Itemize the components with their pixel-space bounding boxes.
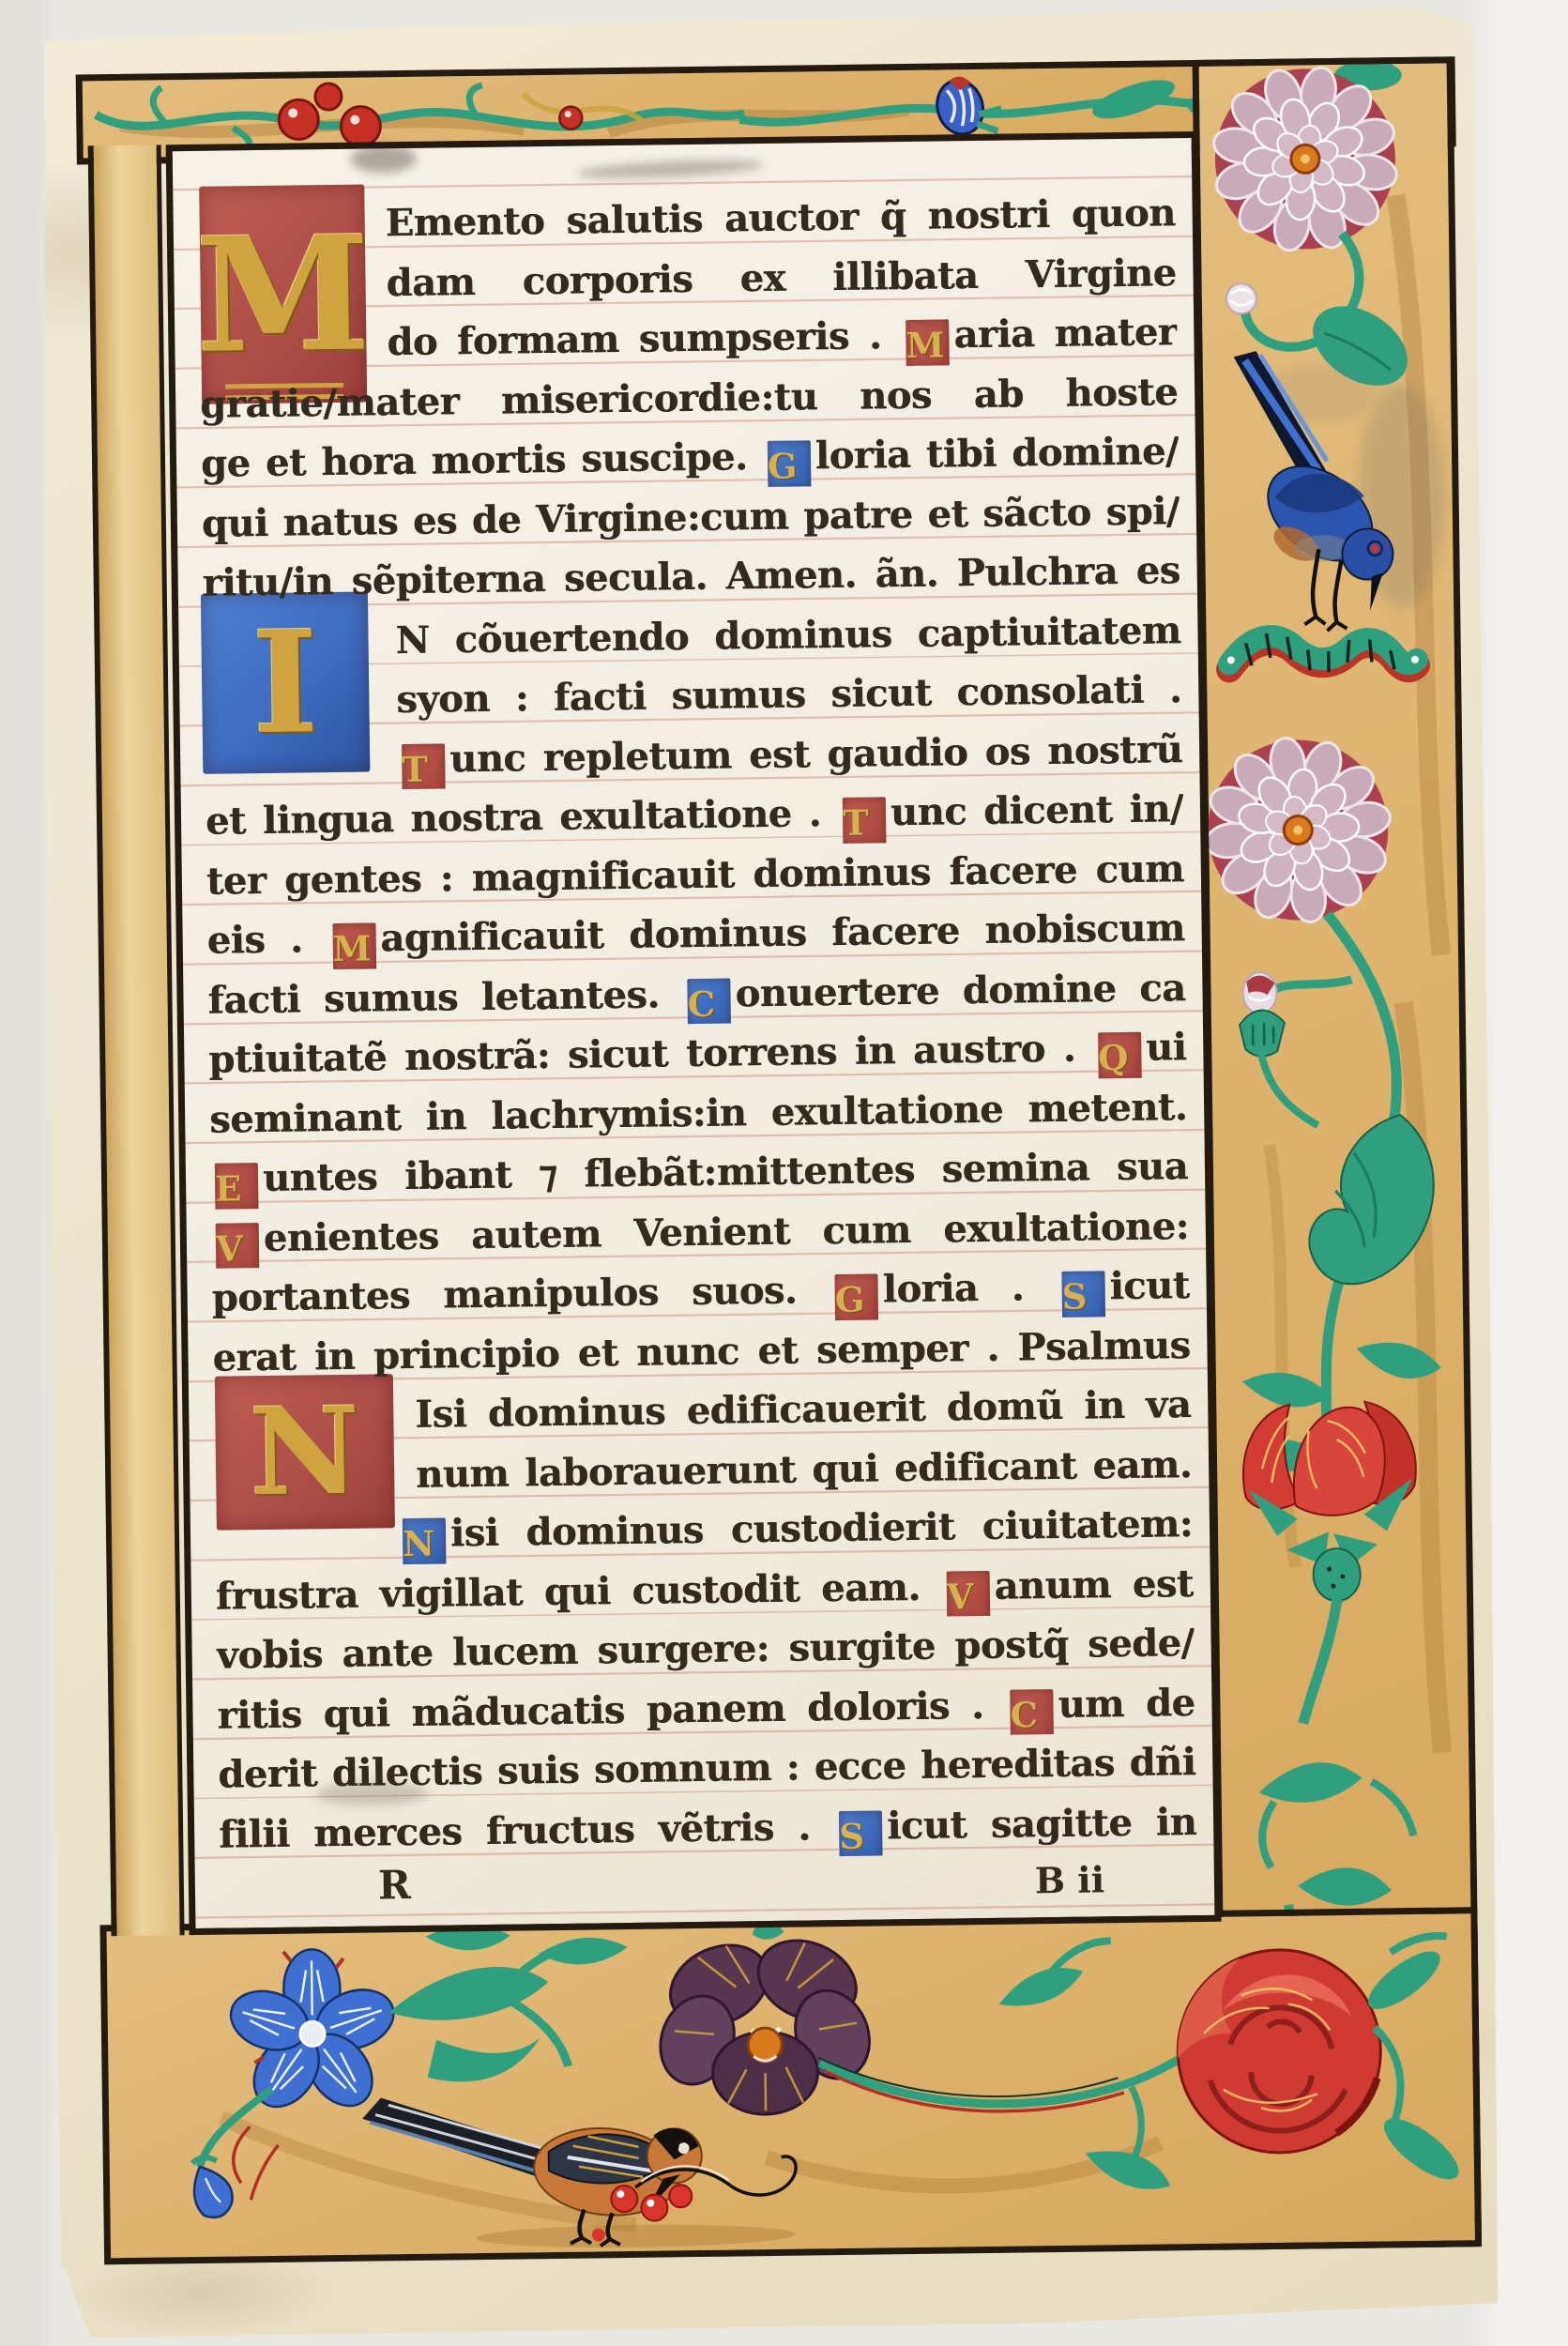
versal-initial: M [332,922,376,970]
red-rose [1177,1949,1382,2155]
vellum-leaf: M I N Emento salutis auctor q̃ nostri qu… [28,4,1505,2340]
pink-daisy-middle [1199,724,1405,937]
versal-initial: S [1061,1271,1105,1320]
versal-initial: V [216,1223,260,1269]
photograph-backdrop: M I N Emento salutis auctor q̃ nostri qu… [0,0,1568,2346]
blue-bird [1234,348,1447,632]
versal-initial: G [768,440,812,490]
green-caterpillar [1227,632,1420,674]
versal-initial: C [687,978,731,1028]
blue-cornflower-bud [931,74,1002,139]
bottom-border-band [99,1907,1482,2264]
versal-initial: S [839,1810,883,1860]
versal-initial: N [403,1518,447,1564]
text-block: M I N Emento salutis auctor q̃ nostri qu… [166,131,1222,1935]
ink-smudge [576,157,765,181]
ink-smudge [351,145,417,174]
teal-leaves-left [388,1923,629,2082]
text-line: dam corporis ex illibata Virgine nascen [386,243,1177,313]
text-lines: Emento salutis auctor q̃ nostri quondam … [173,183,1214,1921]
versal-initial: T [843,797,887,846]
text-line: Nisi dominus custodierit ciuitatem: [398,1494,1194,1564]
catchword-mark: R [378,1862,412,1908]
text-line: Emento salutis auctor q̃ nostri quon [385,183,1176,253]
versal-initial: G [835,1273,879,1323]
text-line: N cõuertendo dominus captiuitatem [395,601,1181,670]
quire-signature: B ii [1035,1858,1105,1901]
versal-initial: Q [1098,1032,1142,1082]
signature-line: RB ii [195,1851,1215,1921]
text-line: do formam sumpseris . Maria mater [387,302,1178,373]
versal-initial: C [1010,1689,1054,1739]
pink-daisy-top [1199,63,1415,267]
green-vine [816,1940,1215,2194]
rosebud [1239,971,1317,1126]
text-line: Isi dominus edificauerit domũ in va [415,1375,1192,1444]
bottom-border-decoration [107,1913,1475,2258]
versal-initial: E [215,1163,259,1209]
versal-initial: T [402,743,446,789]
versal-initial: V [946,1570,990,1620]
versal-initial: M [906,319,950,369]
text-line: Tunc repletum est gaudio os nostrũ [397,720,1183,789]
white-bud [1226,283,1256,313]
text-line: syon : facti sumus sicut consolati . [396,660,1182,729]
red-tulip [1242,1401,1419,1724]
purple-pansy [647,1917,882,2116]
text-line: num laborauerunt qui edificant eam. [416,1435,1193,1504]
